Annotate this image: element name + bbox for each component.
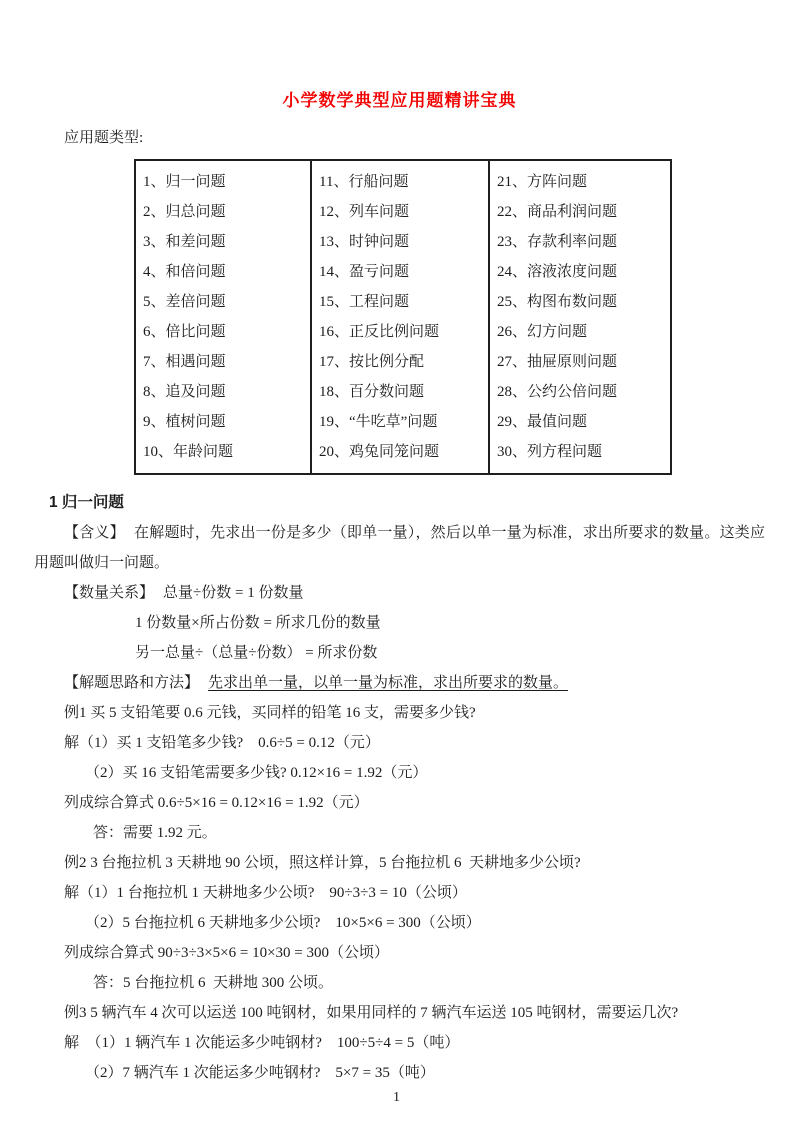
problem-type-item: 28、公约公倍问题 [497, 377, 668, 407]
types-label: 应用题类型: [64, 126, 765, 147]
example-line: 答：需要 1.92 元。 [93, 818, 765, 848]
table-column-3: 21、方阵问题22、商品利润问题23、存款利率问题24、溶液浓度问题25、构图布… [490, 161, 670, 473]
example-line: （2）5 台拖拉机 6 天耕地多少公顷? 10×5×6 = 300（公顷） [85, 908, 765, 938]
relation-formula-3: 另一总量÷（总量÷份数） = 所求份数 [135, 638, 765, 668]
problem-type-item: 14、盈亏问题 [319, 257, 486, 287]
problem-type-item: 23、存款利率问题 [497, 227, 668, 257]
document-page: 小学数学典型应用题精讲宝典 应用题类型: 1、归一问题2、归总问题3、和差问题4… [0, 0, 793, 1122]
relation-formula-1: 总量÷份数 = 1 份数量 [163, 585, 303, 601]
example-line: 解（1）1 台拖拉机 1 天耕地多少公顷? 90÷3÷3 = 10（公顷） [64, 878, 765, 908]
problem-type-item: 6、倍比问题 [143, 317, 308, 347]
meaning-label: 【含义】 [64, 525, 125, 541]
problem-type-item: 29、最值问题 [497, 407, 668, 437]
method-label: 【解题思路和方法】 [64, 675, 199, 691]
example-1: 例1 买 5 支铅笔要 0.6 元钱，买同样的铅笔 16 支，需要多少钱?解（1… [34, 698, 765, 848]
problem-type-item: 13、时钟问题 [319, 227, 486, 257]
problem-type-item: 3、和差问题 [143, 227, 308, 257]
table-column-2: 11、行船问题12、列车问题13、时钟问题14、盈亏问题15、工程问题16、正反… [312, 161, 490, 473]
problem-type-item: 18、百分数问题 [319, 377, 486, 407]
problem-type-item: 17、按比例分配 [319, 347, 486, 377]
method-text: 先求出单一量，以单一量为标准，求出所要求的数量。 [208, 675, 568, 691]
problem-type-item: 9、植树问题 [143, 407, 308, 437]
problem-type-item: 8、追及问题 [143, 377, 308, 407]
example-line: （2）7 辆汽车 1 次能运多少吨钢材? 5×7 = 35（吨） [85, 1058, 765, 1088]
problem-type-item: 15、工程问题 [319, 287, 486, 317]
problem-types-table: 1、归一问题2、归总问题3、和差问题4、和倍问题5、差倍问题6、倍比问题7、相遇… [134, 159, 672, 475]
problem-type-item: 22、商品利润问题 [497, 197, 668, 227]
problem-type-item: 5、差倍问题 [143, 287, 308, 317]
meaning-text: 在解题时，先求出一份是多少（即单一量），然后以单一量为标准，求出所要求的数量。这… [34, 525, 765, 571]
example-line: （2）买 16 支铅笔需要多少钱? 0.12×16 = 1.92（元） [85, 758, 765, 788]
example-line: 例3 5 辆汽车 4 次可以运送 100 吨钢材，如果用同样的 7 辆汽车运送 … [64, 998, 765, 1028]
page-number: 1 [0, 1090, 793, 1106]
section-heading: 1 归一问题 [49, 490, 765, 512]
problem-type-item: 16、正反比例问题 [319, 317, 486, 347]
problem-type-item: 10、年龄问题 [143, 437, 308, 467]
example-2: 例2 3 台拖拉机 3 天耕地 90 公顷，照这样计算，5 台拖拉机 6 天耕地… [34, 848, 765, 998]
problem-type-item: 1、归一问题 [143, 167, 308, 197]
problem-type-item: 20、鸡兔同笼问题 [319, 437, 486, 467]
example-line: 例1 买 5 支铅笔要 0.6 元钱，买同样的铅笔 16 支，需要多少钱? [64, 698, 765, 728]
problem-type-item: 19、“牛吃草”问题 [319, 407, 486, 437]
relation-label: 【数量关系】 [64, 585, 154, 601]
method-line: 【解题思路和方法】先求出单一量，以单一量为标准，求出所要求的数量。 [64, 668, 765, 698]
example-line: 解 （1）1 辆汽车 1 次能运多少吨钢材? 100÷5÷4 = 5（吨） [64, 1028, 765, 1058]
example-3: 例3 5 辆汽车 4 次可以运送 100 吨钢材，如果用同样的 7 辆汽车运送 … [34, 998, 765, 1088]
problem-type-item: 21、方阵问题 [497, 167, 668, 197]
meaning-paragraph: 【含义】在解题时，先求出一份是多少（即单一量），然后以单一量为标准，求出所要求的… [34, 518, 765, 578]
problem-type-item: 7、相遇问题 [143, 347, 308, 377]
problem-type-item: 27、抽屉原则问题 [497, 347, 668, 377]
problem-type-item: 24、溶液浓度问题 [497, 257, 668, 287]
page-title: 小学数学典型应用题精讲宝典 [34, 86, 765, 111]
relation-line: 【数量关系】总量÷份数 = 1 份数量 [64, 578, 765, 608]
relation-formula-2: 1 份数量×所占份数 = 所求几份的数量 [135, 608, 765, 638]
example-line: 列成综合算式 90÷3÷3×5×6 = 10×30 = 300（公顷） [64, 938, 765, 968]
problem-type-item: 11、行船问题 [319, 167, 486, 197]
problem-type-item: 30、列方程问题 [497, 437, 668, 467]
problem-type-item: 2、归总问题 [143, 197, 308, 227]
example-line: 列成综合算式 0.6÷5×16 = 0.12×16 = 1.92（元） [64, 788, 765, 818]
table-column-1: 1、归一问题2、归总问题3、和差问题4、和倍问题5、差倍问题6、倍比问题7、相遇… [136, 161, 312, 473]
problem-type-item: 26、幻方问题 [497, 317, 668, 347]
example-line: 答：5 台拖拉机 6 天耕地 300 公顷。 [93, 968, 765, 998]
problem-type-item: 4、和倍问题 [143, 257, 308, 287]
problem-type-item: 12、列车问题 [319, 197, 486, 227]
problem-type-item: 25、构图布数问题 [497, 287, 668, 317]
example-line: 例2 3 台拖拉机 3 天耕地 90 公顷，照这样计算，5 台拖拉机 6 天耕地… [64, 848, 765, 878]
example-line: 解（1）买 1 支铅笔多少钱? 0.6÷5 = 0.12（元） [64, 728, 765, 758]
